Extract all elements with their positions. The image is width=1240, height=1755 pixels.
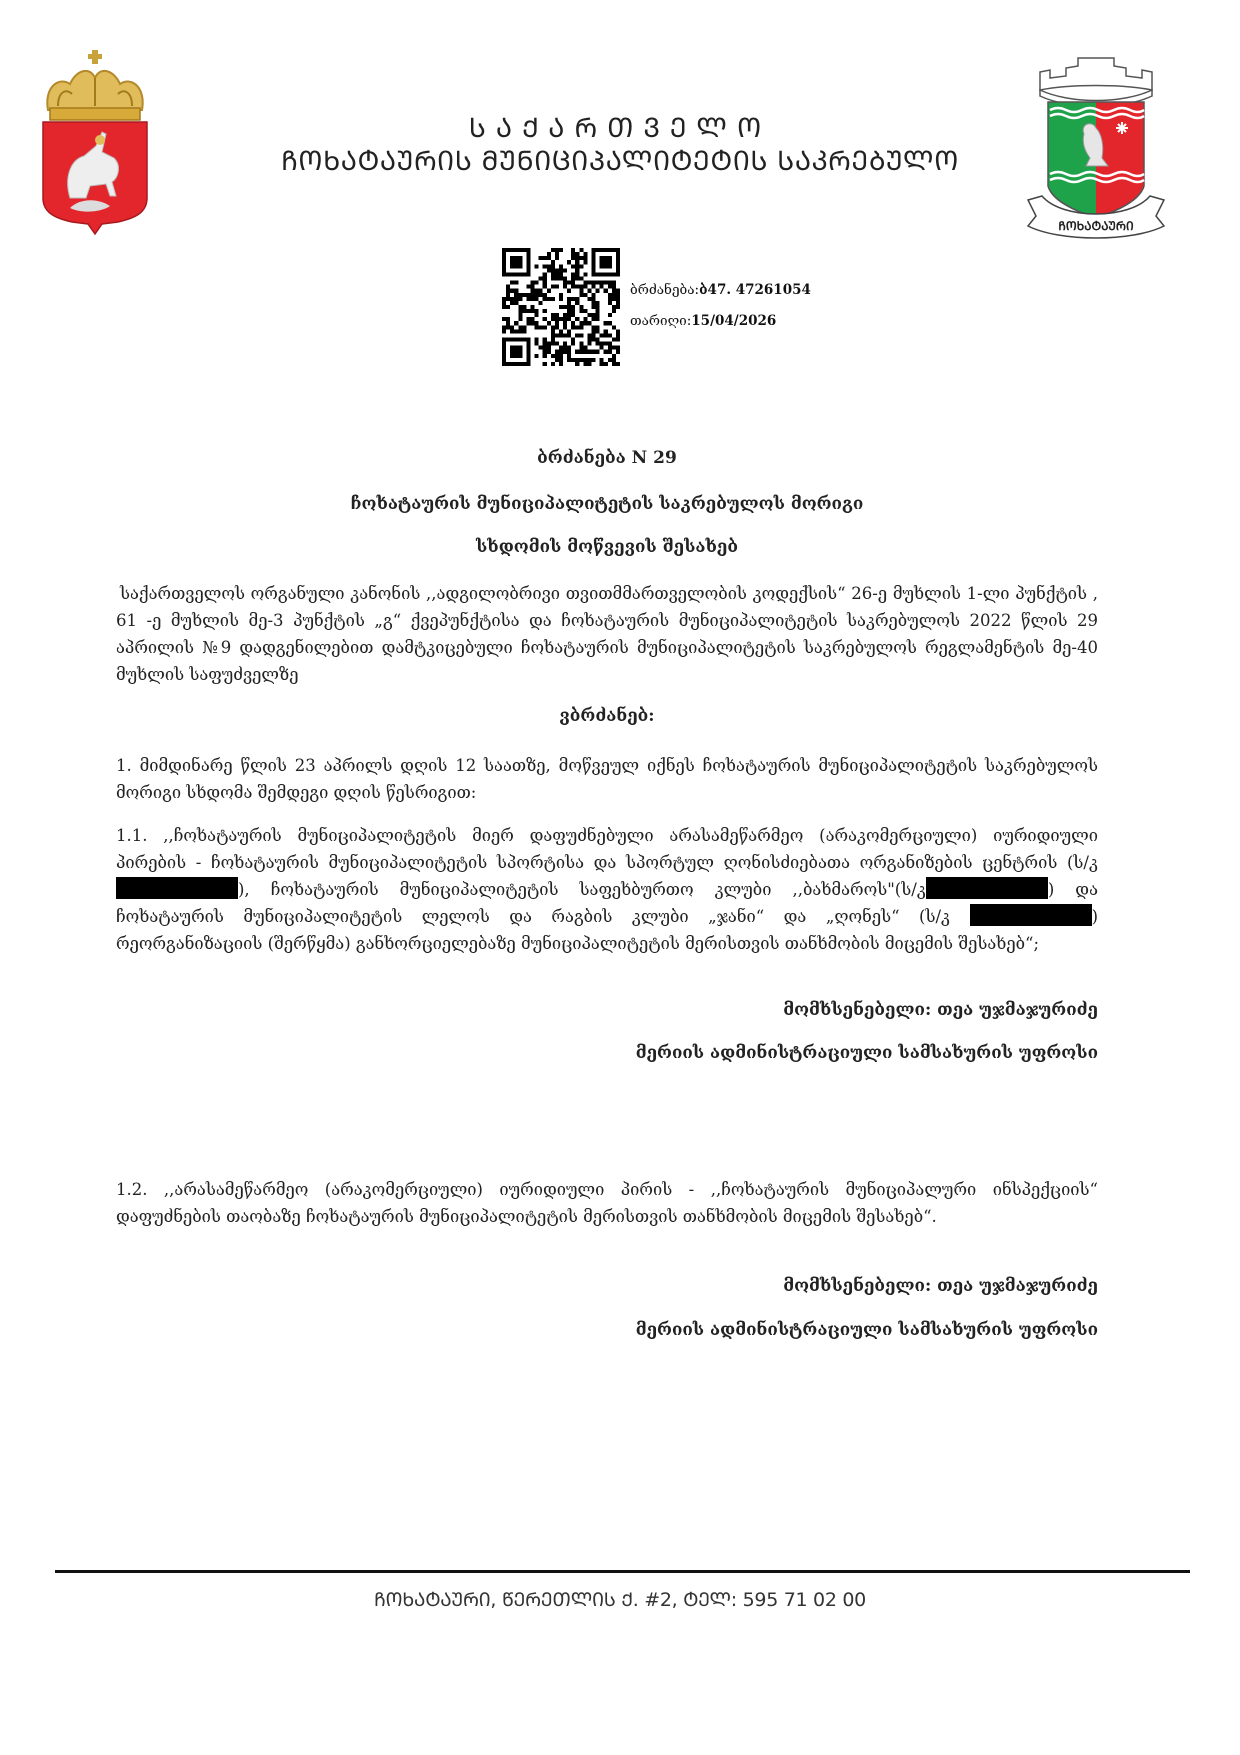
- footer-address: ᲩᲝᲮᲐᲢᲐᲣᲠᲘ, ᲬᲔᲠᲔᲗᲚᲘᲡ Ქ. #2, ᲢᲔᲚ: 595 71 0…: [0, 1586, 1240, 1612]
- agenda-item-1-2: 1.2. ,,არასამეწარმეო (არაკომერციული) იურ…: [116, 1176, 1098, 1230]
- document-subtitle-line1: ჩოხატაურის მუნიციპალიტეტის საკრებულოს მო…: [116, 494, 1098, 514]
- order-date: თარიღი:15/04/2026: [630, 313, 776, 329]
- footer-divider: [55, 1570, 1190, 1573]
- item-1-1-text-a: 1.1. ,,ჩოხატაურის მუნიციპალიტეტის მიერ დ…: [116, 826, 1098, 872]
- chokhatauri-coat-of-arms-icon: ᲩᲝᲮᲐᲢᲐᲣᲠᲘ: [1022, 50, 1170, 240]
- item-1-1-speaker: მომხსენებელი: თეა უჯმაჯურიძე: [116, 1000, 1098, 1020]
- item-1-1-speaker-position: მერიის ადმინისტრაციული სამსახურის უფროსი: [116, 1043, 1098, 1063]
- item-1-2-speaker: მომხსენებელი: თეა უჯმაჯურიძე: [116, 1276, 1098, 1296]
- document-subtitle-line2: სხდომის მოწვევის შესახებ: [116, 537, 1098, 557]
- redacted-id-2: [926, 877, 1048, 899]
- item-1-2-speaker-position: მერიის ადმინისტრაციული სამსახურის უფროსი: [116, 1320, 1098, 1340]
- agenda-item-1-1: 1.1. ,,ჩოხატაურის მუნიციპალიტეტის მიერ დ…: [116, 822, 1098, 957]
- agenda-item-1: 1. მიმდინარე წლის 23 აპრილს დღის 12 საათ…: [116, 752, 1098, 806]
- redacted-id-1: [116, 877, 238, 899]
- preamble-paragraph: საქართველოს ორგანული კანონის ,,ადგილობრი…: [116, 580, 1098, 688]
- document-title: ბრძანება N 29: [116, 448, 1098, 468]
- order-number: ბრძანება:ბ47. 47261054: [630, 282, 811, 298]
- order-date-label: თარიღი:: [630, 313, 691, 329]
- order-heading: ვბრძანებ:: [116, 706, 1098, 726]
- order-date-value: 15/04/2026: [691, 313, 776, 329]
- qr-code[interactable]: [502, 248, 620, 366]
- svg-text:ᲩᲝᲮᲐᲢᲐᲣᲠᲘ: ᲩᲝᲮᲐᲢᲐᲣᲠᲘ: [1058, 219, 1134, 233]
- item-1-1-text-b: ), ჩოხატაურის მუნიციპალიტეტის საფეხბურთო…: [238, 880, 926, 899]
- order-number-value: ბ47. 47261054: [699, 282, 811, 298]
- order-number-label: ბრძანება:: [630, 282, 699, 298]
- redacted-id-3: [970, 904, 1092, 926]
